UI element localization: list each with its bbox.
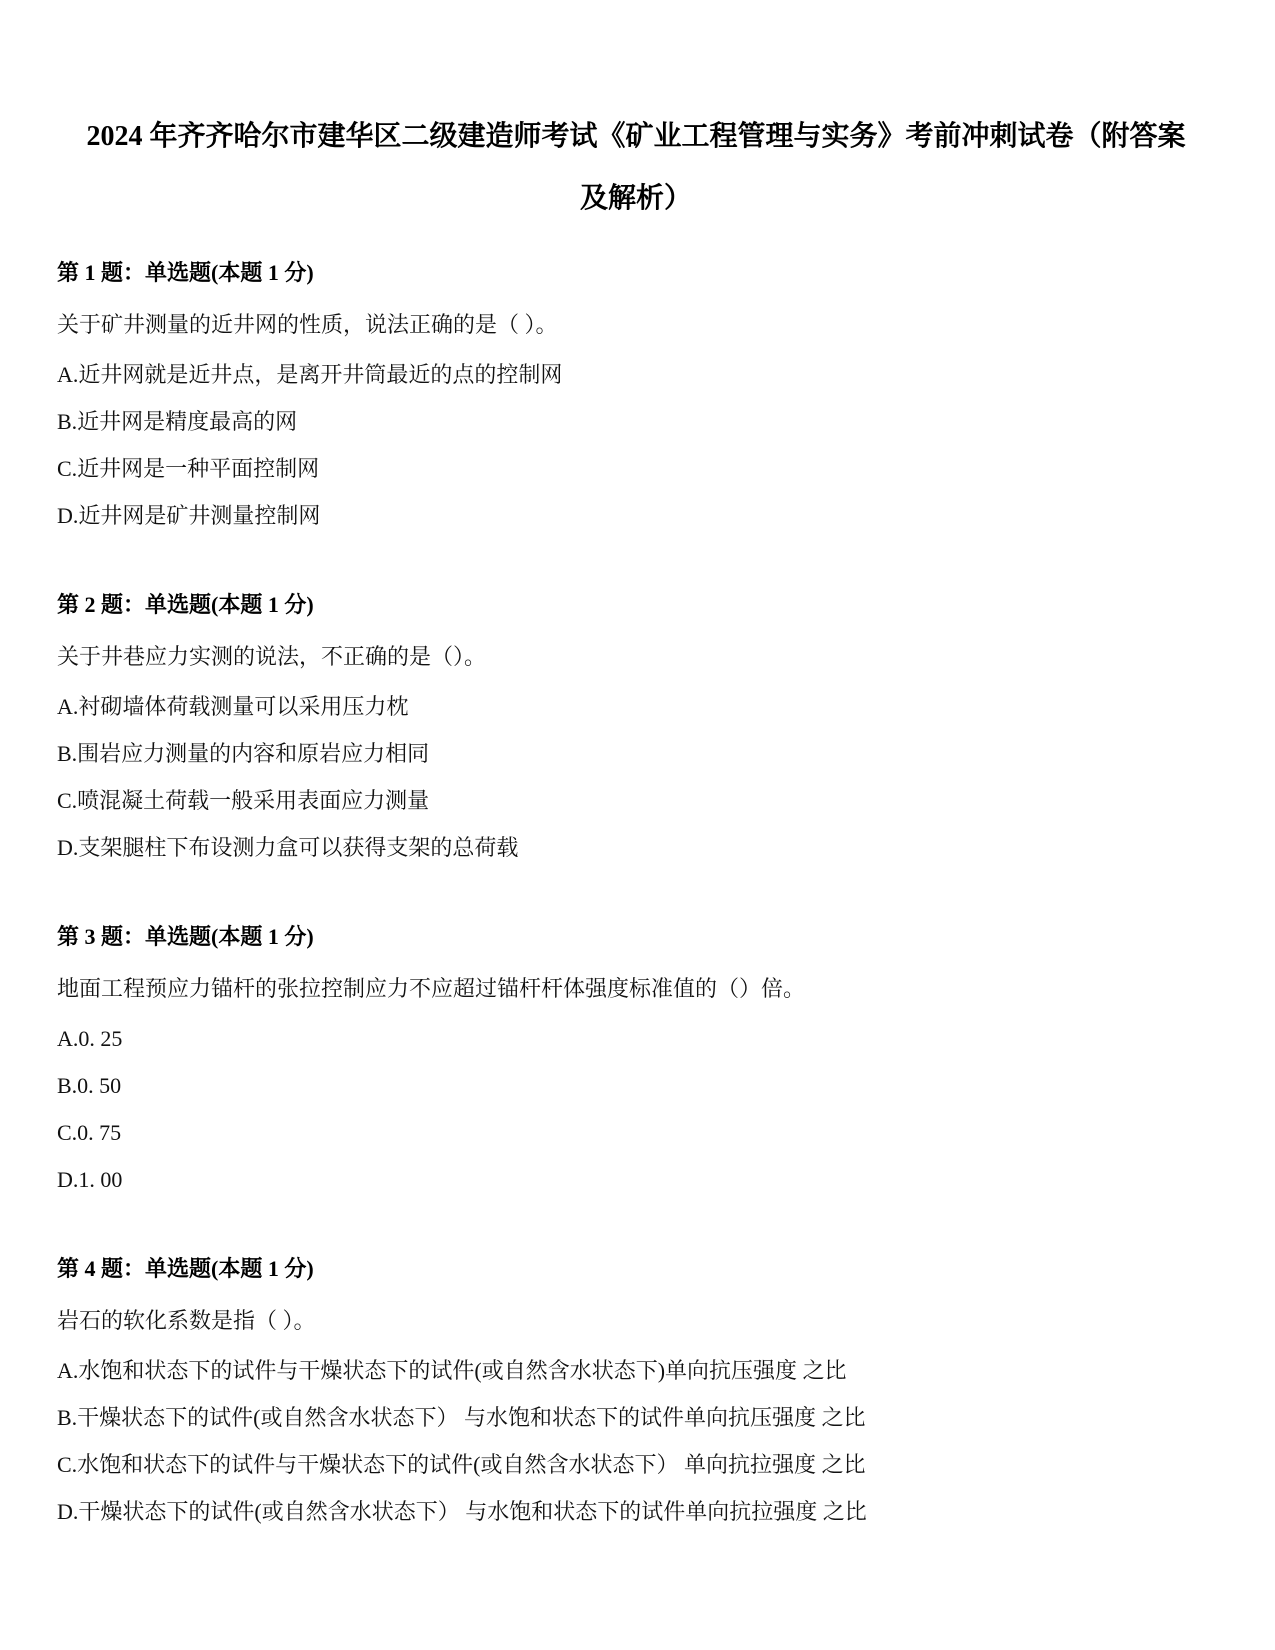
question-3-stem: 地面工程预应力锚杆的张拉控制应力不应超过锚杆杆体强度标准值的（）倍。 [57,965,1215,1012]
question-4-option-a: A.水饱和状态下的试件与干燥状态下的试件(或自然含水状态下)单向抗压强度 之比 [57,1347,1215,1394]
question-1-option-d: D.近井网是矿井测量控制网 [57,492,1215,539]
title-line-1: 2024 年齐齐哈尔市建华区二级建造师考试《矿业工程管理与实务》考前冲刺试卷（附… [57,106,1215,168]
question-2-option-c: C.喷混凝土荷载一般采用表面应力测量 [57,777,1215,824]
question-4-option-d: D.干燥状态下的试件(或自然含水状态下） 与水饱和状态下的试件单向抗拉强度 之比 [57,1488,1215,1535]
question-3-header: 第 3 题：单选题(本题 1 分) [57,913,1215,960]
question-4: 第 4 题：单选题(本题 1 分) 岩石的软化系数是指（ ）。 A.水饱和状态下… [57,1245,1215,1535]
question-1-option-a: A.近井网就是近井点，是离开井筒最近的点的控制网 [57,351,1215,398]
question-2-option-a: A.衬砌墙体荷载测量可以采用压力枕 [57,683,1215,730]
question-2-stem: 关于井巷应力实测的说法，不正确的是（）。 [57,633,1215,680]
question-4-option-b: B.干燥状态下的试件(或自然含水状态下） 与水饱和状态下的试件单向抗压强度 之比 [57,1394,1215,1441]
question-1-option-b: B.近井网是精度最高的网 [57,398,1215,445]
question-3-option-a: A.0. 25 [57,1015,1215,1062]
question-1-header: 第 1 题：单选题(本题 1 分) [57,249,1215,296]
question-4-options: A.水饱和状态下的试件与干燥状态下的试件(或自然含水状态下)单向抗压强度 之比 … [57,1347,1215,1535]
question-2: 第 2 题：单选题(本题 1 分) 关于井巷应力实测的说法，不正确的是（）。 A… [57,581,1215,871]
question-3: 第 3 题：单选题(本题 1 分) 地面工程预应力锚杆的张拉控制应力不应超过锚杆… [57,913,1215,1203]
question-4-option-c: C.水饱和状态下的试件与干燥状态下的试件(或自然含水状态下） 单向抗拉强度 之比 [57,1441,1215,1488]
question-2-option-b: B.围岩应力测量的内容和原岩应力相同 [57,730,1215,777]
question-1: 第 1 题：单选题(本题 1 分) 关于矿井测量的近井网的性质，说法正确的是（ … [57,249,1215,539]
question-1-stem: 关于矿井测量的近井网的性质，说法正确的是（ ）。 [57,301,1215,348]
document-page: 2024 年齐齐哈尔市建华区二级建造师考试《矿业工程管理与实务》考前冲刺试卷（附… [0,0,1275,1650]
question-2-header: 第 2 题：单选题(本题 1 分) [57,581,1215,628]
question-3-option-c: C.0. 75 [57,1109,1215,1156]
question-4-stem: 岩石的软化系数是指（ ）。 [57,1297,1215,1344]
question-2-options: A.衬砌墙体荷载测量可以采用压力枕 B.围岩应力测量的内容和原岩应力相同 C.喷… [57,683,1215,871]
question-1-options: A.近井网就是近井点，是离开井筒最近的点的控制网 B.近井网是精度最高的网 C.… [57,351,1215,539]
question-3-option-d: D.1. 00 [57,1156,1215,1203]
title-line-2: 及解析） [57,168,1215,230]
question-4-header: 第 4 题：单选题(本题 1 分) [57,1245,1215,1292]
question-1-option-c: C.近井网是一种平面控制网 [57,445,1215,492]
document-title: 2024 年齐齐哈尔市建华区二级建造师考试《矿业工程管理与实务》考前冲刺试卷（附… [57,0,1215,230]
question-2-option-d: D.支架腿柱下布设测力盒可以获得支架的总荷载 [57,824,1215,871]
question-3-option-b: B.0. 50 [57,1062,1215,1109]
question-3-options: A.0. 25 B.0. 50 C.0. 75 D.1. 00 [57,1015,1215,1203]
